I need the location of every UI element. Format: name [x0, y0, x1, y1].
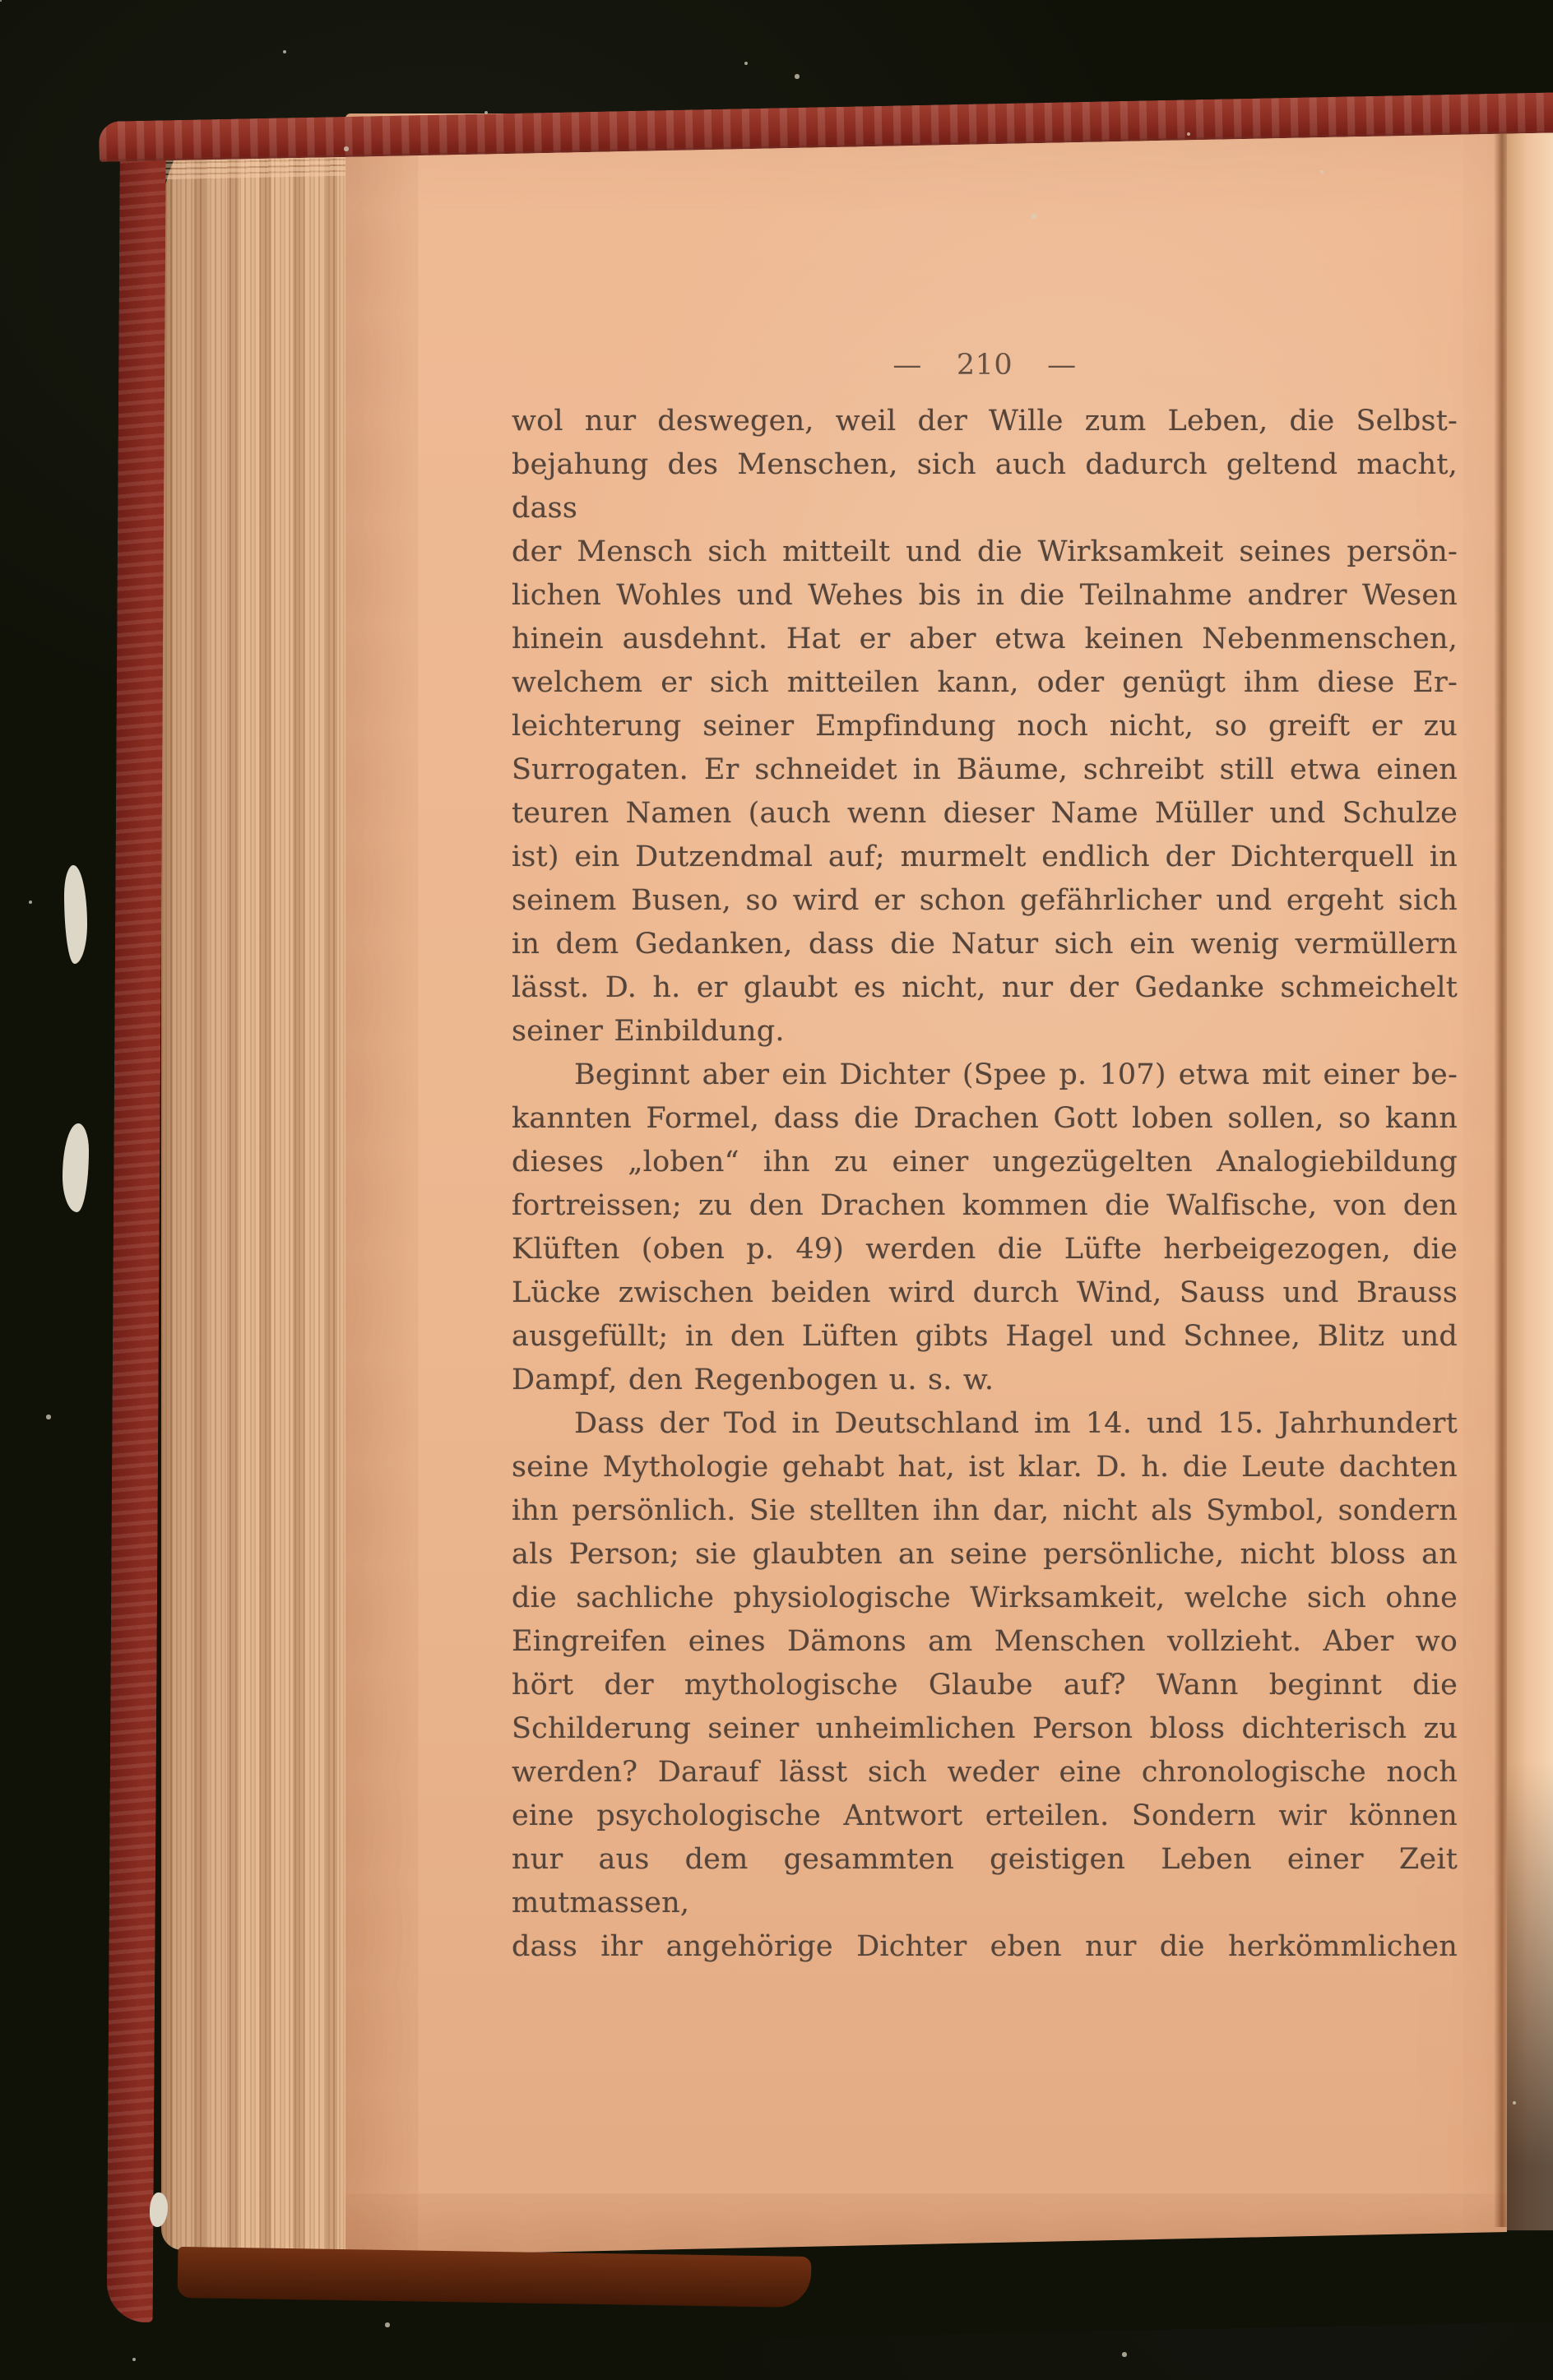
text-line: dieses „loben“ ihn zu einer ungezügelten…	[512, 1141, 1458, 1184]
text-line: die sachliche physiologische Wirksamkeit…	[512, 1577, 1458, 1620]
page-number: 210	[957, 349, 1013, 382]
text-line: wol nur deswegen, weil der Wille zum Leb…	[512, 400, 1458, 443]
text-line: seiner Einbildung.	[512, 1010, 1458, 1053]
page-header: — 210 —	[512, 349, 1458, 382]
text-line: Eingreifen eines Dämons am Menschen voll…	[512, 1620, 1458, 1664]
photo-of-open-book: — 210 — wol nur deswegen, weil der Wille…	[0, 0, 1553, 2380]
text-line: Dass der Tod in Deutschland im 14. und 1…	[512, 1402, 1458, 1446]
header-dash-right: —	[1047, 349, 1077, 382]
text-line: lässt. D. h. er glaubt es nicht, nur der…	[512, 966, 1458, 1010]
text-line: Schilderung seiner unheimlichen Person b…	[512, 1707, 1458, 1751]
text-line: ihn persönlich. Sie stellten ihn dar, ni…	[512, 1489, 1458, 1533]
text-line: Surrogaten. Er schneidet in Bäume, schre…	[512, 748, 1458, 792]
book-cover-left-edge	[107, 125, 166, 2322]
text-line: fortreissen; zu den Drachen kommen die W…	[512, 1184, 1458, 1228]
page-stack-fore-edge	[161, 123, 369, 2250]
text-line: Beginnt aber ein Dichter (Spee p. 107) e…	[512, 1053, 1458, 1097]
text-line: bejahung des Menschen, sich auch dadurch…	[512, 443, 1458, 530]
text-block: wol nur deswegen, weil der Wille zum Leb…	[512, 400, 1458, 1969]
text-line: seine Mythologie gehabt hat, ist klar. D…	[512, 1446, 1458, 1489]
text-line: welchem er sich mitteilen kann, oder gen…	[512, 661, 1458, 705]
text-line: eine psychologische Antwort erteilen. So…	[512, 1794, 1458, 1838]
text-line: Lücke zwischen beiden wird durch Wind, S…	[512, 1271, 1458, 1315]
text-line: teuren Namen (auch wenn dieser Name Müll…	[512, 792, 1458, 836]
dust-specks	[0, 0, 2, 2]
text-line: Dampf, den Regenbogen u. s. w.	[512, 1359, 1458, 1402]
text-line: nur aus dem gesammten geistigen Leben ei…	[512, 1838, 1458, 1925]
adjacent-page-edge	[1507, 99, 1553, 2230]
text-line: als Person; sie glaubten an seine persön…	[512, 1533, 1458, 1577]
text-line: Klüften (oben p. 49) werden die Lüfte he…	[512, 1228, 1458, 1271]
cover-bottom-edge	[178, 2247, 812, 2308]
text-line: der Mensch sich mitteilt und die Wirksam…	[512, 530, 1458, 574]
text-line: ist) ein Dutzendmal auf; murmelt endlich…	[512, 836, 1458, 879]
text-line: seinem Busen, so wird er schon gefährlic…	[512, 879, 1458, 923]
text-line: hört der mythologische Glaube auf? Wann …	[512, 1664, 1458, 1707]
text-line: in dem Gedanken, dass die Natur sich ein…	[512, 923, 1458, 966]
cover-damage-spot	[63, 1123, 89, 1212]
text-line: lichen Wohles und Wehes bis in die Teiln…	[512, 574, 1458, 618]
header-dash-left: —	[892, 349, 922, 382]
text-line: dass ihr angehörige Dichter eben nur die…	[512, 1925, 1458, 1969]
text-line: leichterung seiner Empfindung noch nicht…	[512, 705, 1458, 748]
text-line: ausgefüllt; in den Lüften gibts Hagel un…	[512, 1315, 1458, 1359]
text-line: kannten Formel, dass die Drachen Gott lo…	[512, 1097, 1458, 1141]
cover-damage-spot	[64, 865, 87, 964]
text-line: hinein ausdehnt. Hat er aber etwa keinen…	[512, 618, 1458, 661]
text-line: werden? Darauf lässt sich weder eine chr…	[512, 1751, 1458, 1794]
